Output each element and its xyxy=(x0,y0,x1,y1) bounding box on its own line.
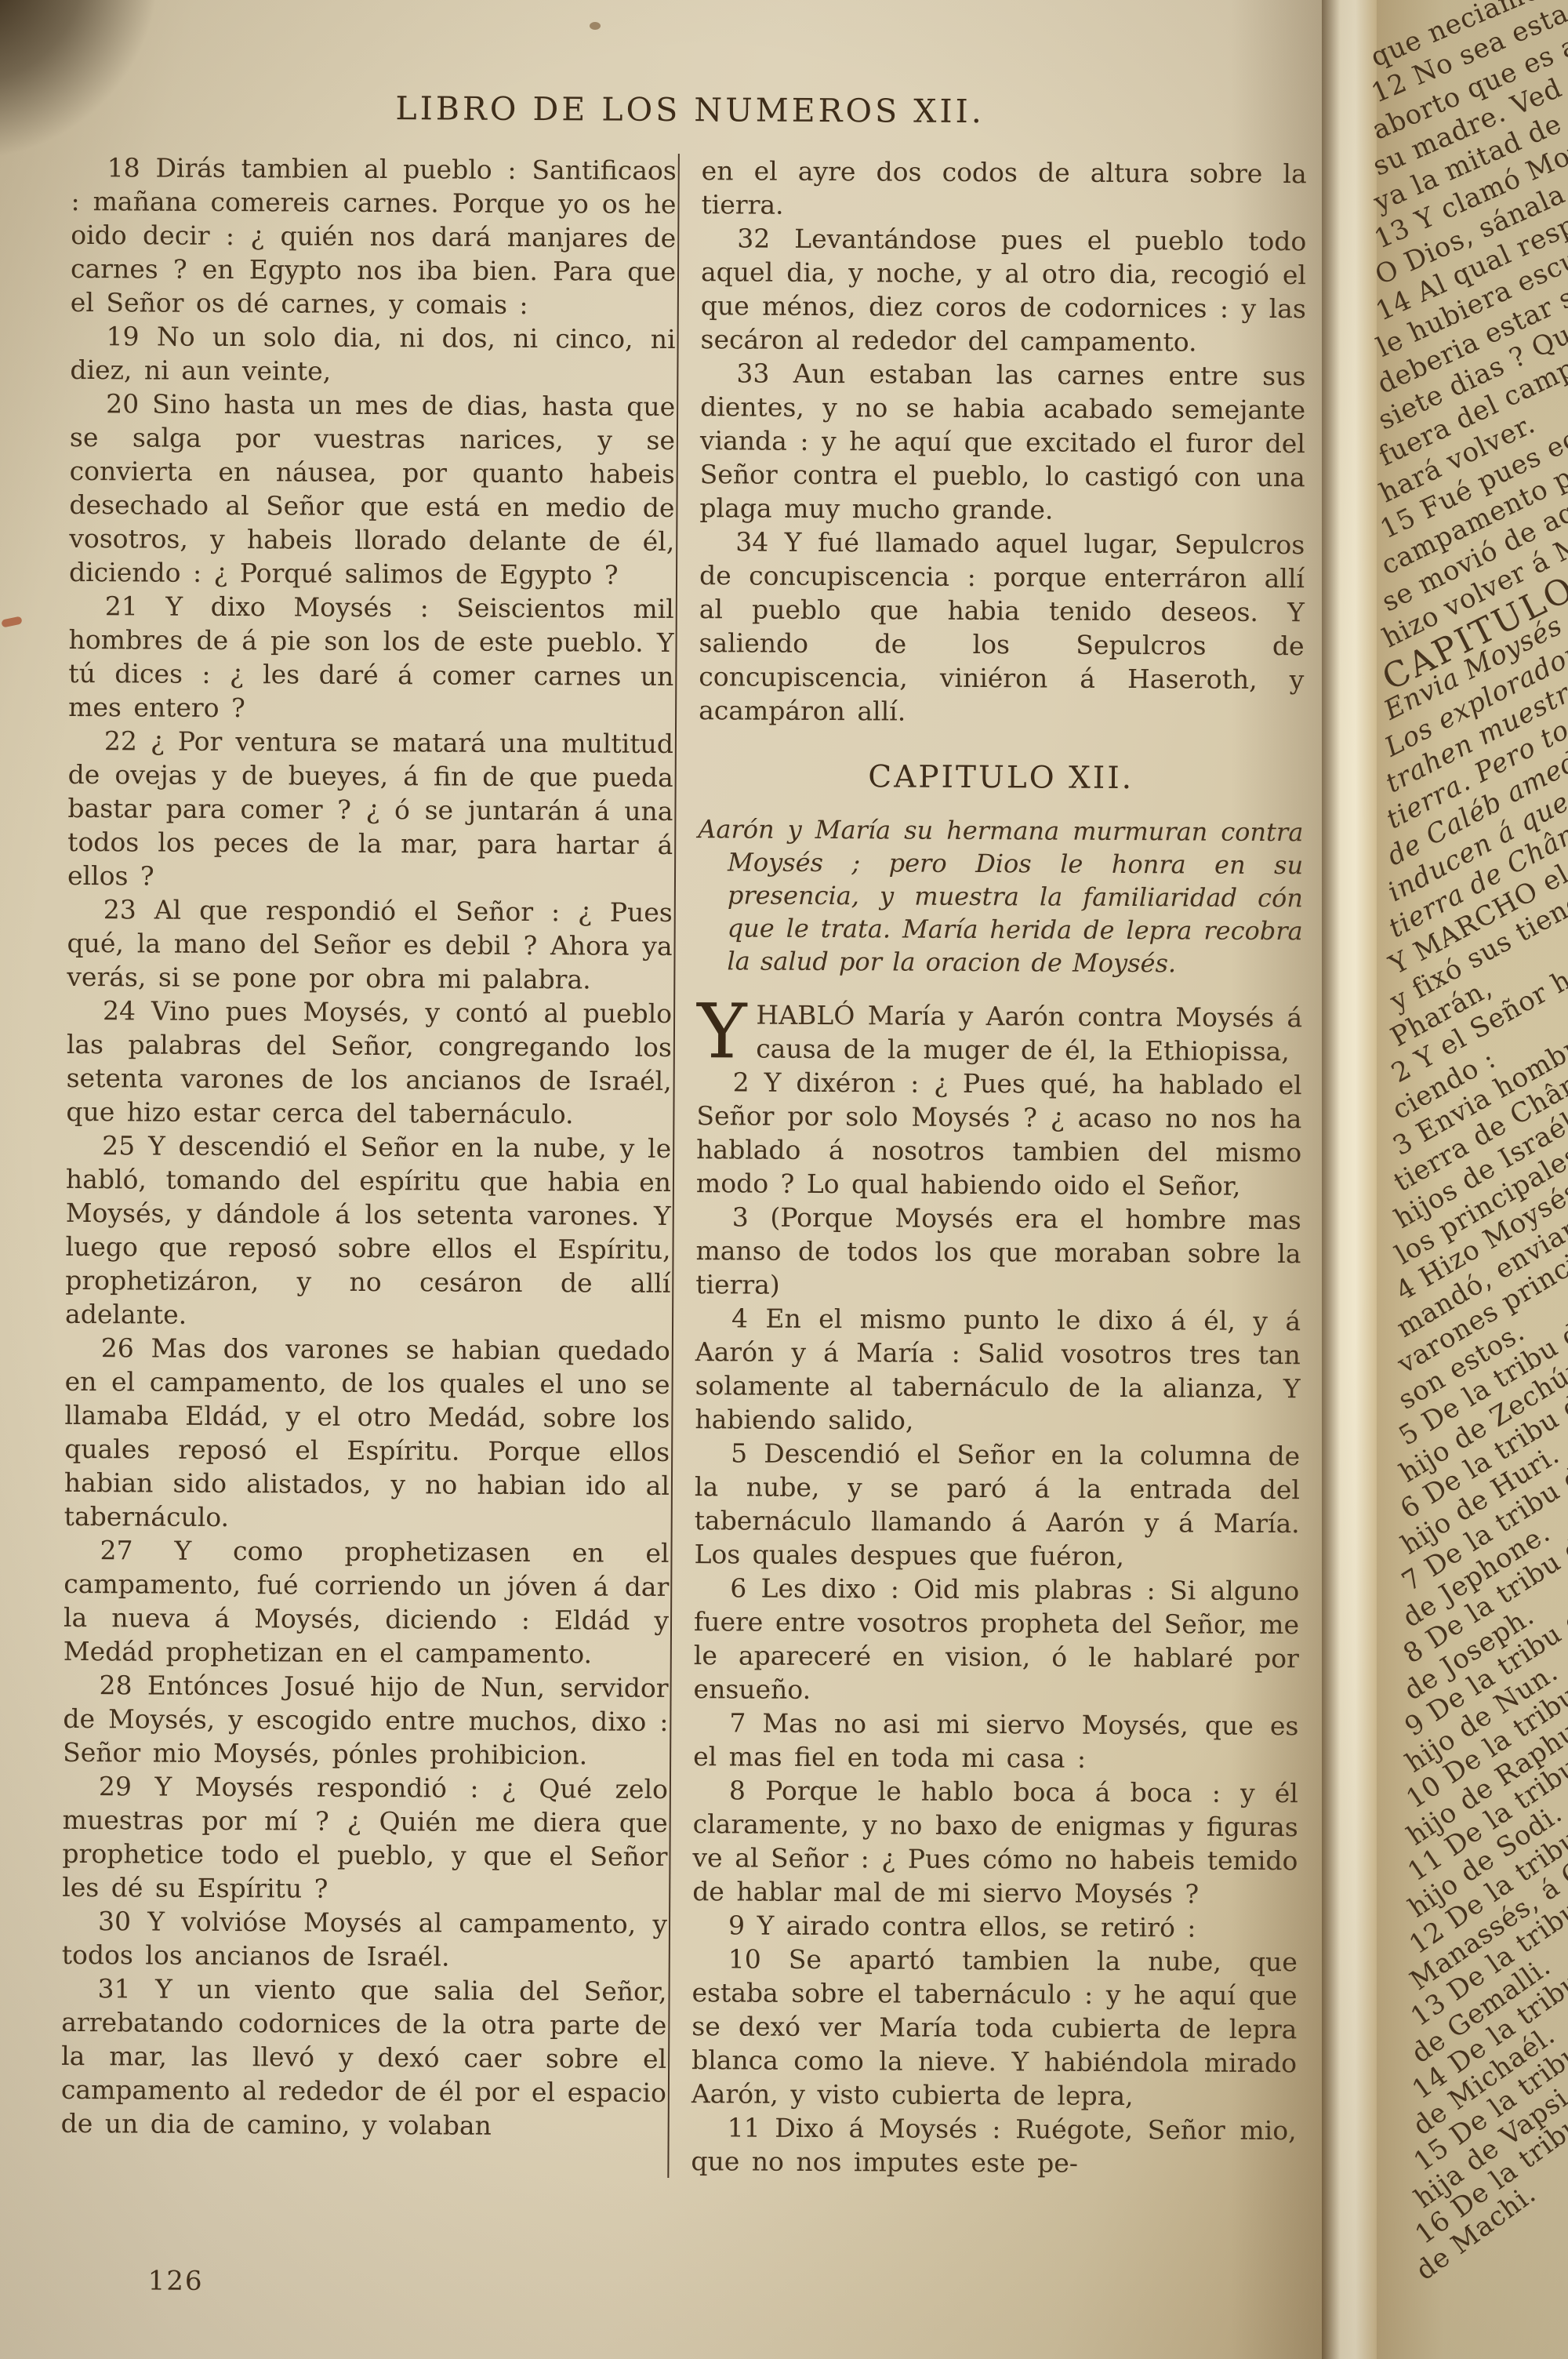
chapter-heading: CAPITULO XII. xyxy=(699,758,1304,797)
verse: 20 Sino hasta un mes de dias, hasta que … xyxy=(69,387,675,592)
verse: 30 Y volvióse Moysés al campamento, y to… xyxy=(62,1904,667,1975)
left-column: 18 Dirás tambien al pueblo : Santificaos… xyxy=(61,151,677,2143)
page-title: LIBRO DE LOS NUMEROS XII. xyxy=(71,88,1308,132)
verse: 26 Mas dos varones se habian quedado en … xyxy=(64,1331,670,1536)
text-columns: 18 Dirás tambien al pueblo : Santificaos… xyxy=(60,151,1308,2181)
verse: en el ayre dos codos de altura sobre la … xyxy=(701,154,1306,224)
verse: 31 Y un viento que salia del Señor, arre… xyxy=(61,1972,667,2143)
verse: 22 ¿ Por ventura se matará una multitud … xyxy=(67,724,673,896)
facing-page: que neciamente he12 No sea esta como mua… xyxy=(1377,0,1568,2359)
verse: 19 No un solo dia, ni dos, ni cinco, ni … xyxy=(70,319,675,390)
verse: 9 Y airado contra ellos, se retiró : xyxy=(692,1908,1298,1945)
verse: 28 Entónces Josué hijo de Nun, servidor … xyxy=(63,1668,669,1772)
verse: 11 Dixo á Moysés : Ruégote, Señor mio, q… xyxy=(691,2110,1296,2181)
verse: 7 Mas no asi mi siervo Moysés, que es el… xyxy=(693,1706,1298,1776)
verse: 24 Vino pues Moysés, y contó al pueblo l… xyxy=(66,994,672,1132)
verse: 6 Les dixo : Oid mis plabras : Si alguno… xyxy=(693,1571,1299,1709)
verse: 23 Al que respondió el Señor : ¿ Pues qu… xyxy=(67,892,673,997)
verse: 29 Y Moysés respondió : ¿ Qué zelo muest… xyxy=(62,1769,668,1907)
verse: 4 En el mismo punto le dixo á él, y á Aa… xyxy=(695,1301,1301,1439)
verse: 25 Y descendió el Señor en la nube, y le… xyxy=(65,1129,671,1334)
verse: 8 Porque le hablo boca á boca : y él cla… xyxy=(692,1773,1298,1911)
verse: 32 Levantándose pues el pueblo todo aque… xyxy=(700,221,1306,359)
verse: 5 Descendió el Señor en la columna de la… xyxy=(694,1436,1300,1574)
verse: 3 (Porque Moysés era el hombre mas manso… xyxy=(695,1200,1301,1304)
ink-speck xyxy=(590,22,601,30)
verse: 21 Y dixo Moysés : Seiscientos mil hombr… xyxy=(68,589,674,727)
left-page-content: LIBRO DE LOS NUMEROS XII. 18 Dirás tambi… xyxy=(0,0,1355,2359)
verse: 33 Aun estaban las carnes entre sus dien… xyxy=(699,356,1305,528)
drop-cap: Y xyxy=(697,998,757,1060)
page-gutter xyxy=(1322,0,1383,2359)
chapter-summary: Aarón y María su hermana murmuran contra… xyxy=(697,812,1303,980)
verse: 10 Se apartó tambien la nube, que estaba… xyxy=(691,1942,1298,2114)
page-number: 126 xyxy=(148,2266,204,2297)
book-photo: LIBRO DE LOS NUMEROS XII. 18 Dirás tambi… xyxy=(0,0,1568,2359)
verse: 27 Y como prophetizasen en el campamento… xyxy=(64,1533,670,1671)
verse: 2 Y dixéron : ¿ Pues qué, ha hablado el … xyxy=(696,1065,1302,1203)
left-page: LIBRO DE LOS NUMEROS XII. 18 Dirás tambi… xyxy=(0,0,1348,2359)
right-column: en el ayre dos codos de altura sobre la … xyxy=(667,154,1307,2181)
verse-with-dropcap: YHABLÓ María y Aarón contra Moysés á cau… xyxy=(697,998,1302,1068)
verse: 18 Dirás tambien al pueblo : Santificaos… xyxy=(71,151,677,322)
verse: 34 Y fué llamado aquel lugar, Sepulcros … xyxy=(699,525,1305,730)
